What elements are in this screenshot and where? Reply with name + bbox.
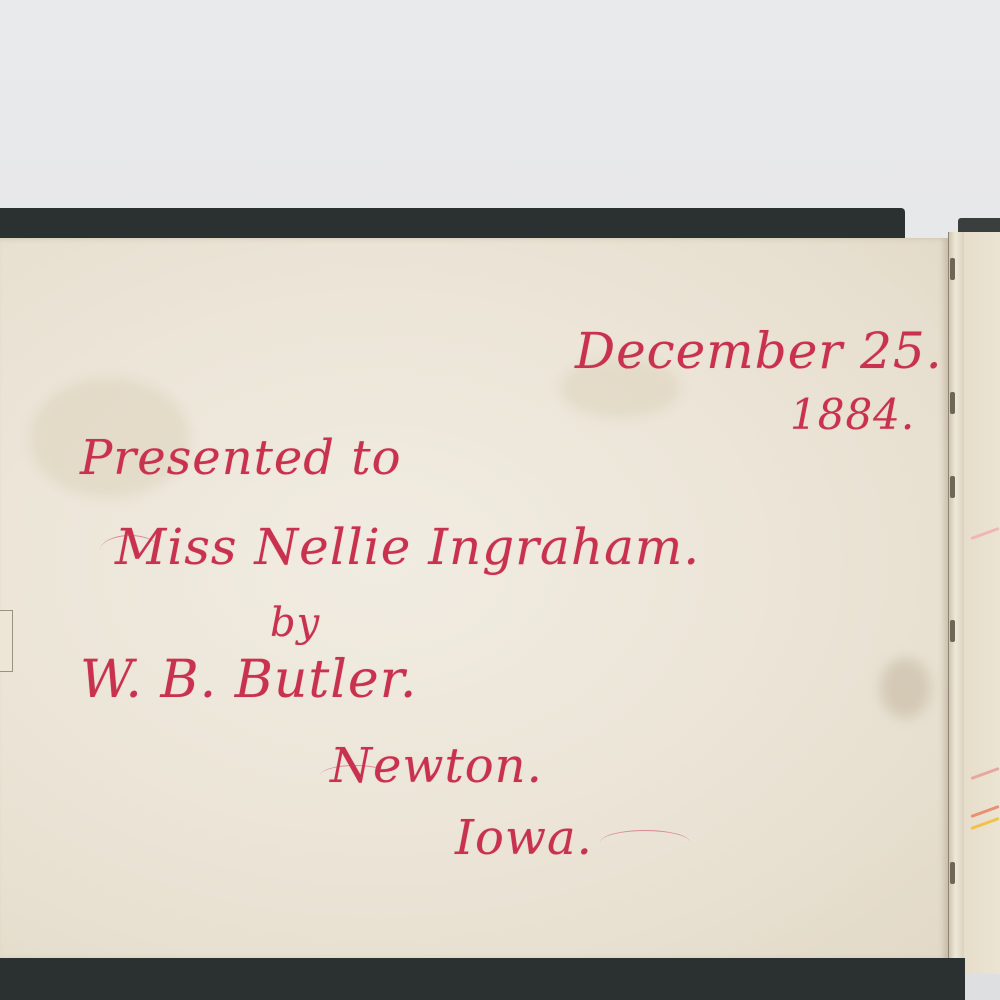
facing-page-edge (964, 232, 1000, 974)
crayon-mark (970, 527, 999, 540)
inscription-presented: Presented to (80, 430, 401, 486)
binding-stitch (950, 862, 955, 884)
album-cover-edge (958, 218, 1000, 232)
pen-flourish (320, 765, 390, 786)
album-cover-bottom (0, 958, 965, 1000)
page-stain (880, 658, 930, 718)
binding-stitch (950, 620, 955, 642)
binding-stitch (950, 476, 955, 498)
inscription-recipient: Miss Nellie Ingraham. (115, 518, 700, 576)
inscription-state: Iowa. (455, 810, 593, 866)
binding-stitch (950, 258, 955, 280)
binding-stitch (950, 392, 955, 414)
pen-flourish (600, 830, 690, 855)
inscription-giver: W. B. Butler. (80, 650, 417, 710)
crayon-mark (970, 817, 999, 830)
crayon-mark (970, 767, 999, 780)
inscription-by: by (270, 600, 320, 646)
inscription-year: 1884. (790, 390, 915, 439)
inserted-slip-edge (0, 610, 13, 672)
pen-flourish (100, 535, 160, 566)
inscription-date: December 25. (575, 322, 943, 380)
crayon-mark (970, 805, 999, 818)
